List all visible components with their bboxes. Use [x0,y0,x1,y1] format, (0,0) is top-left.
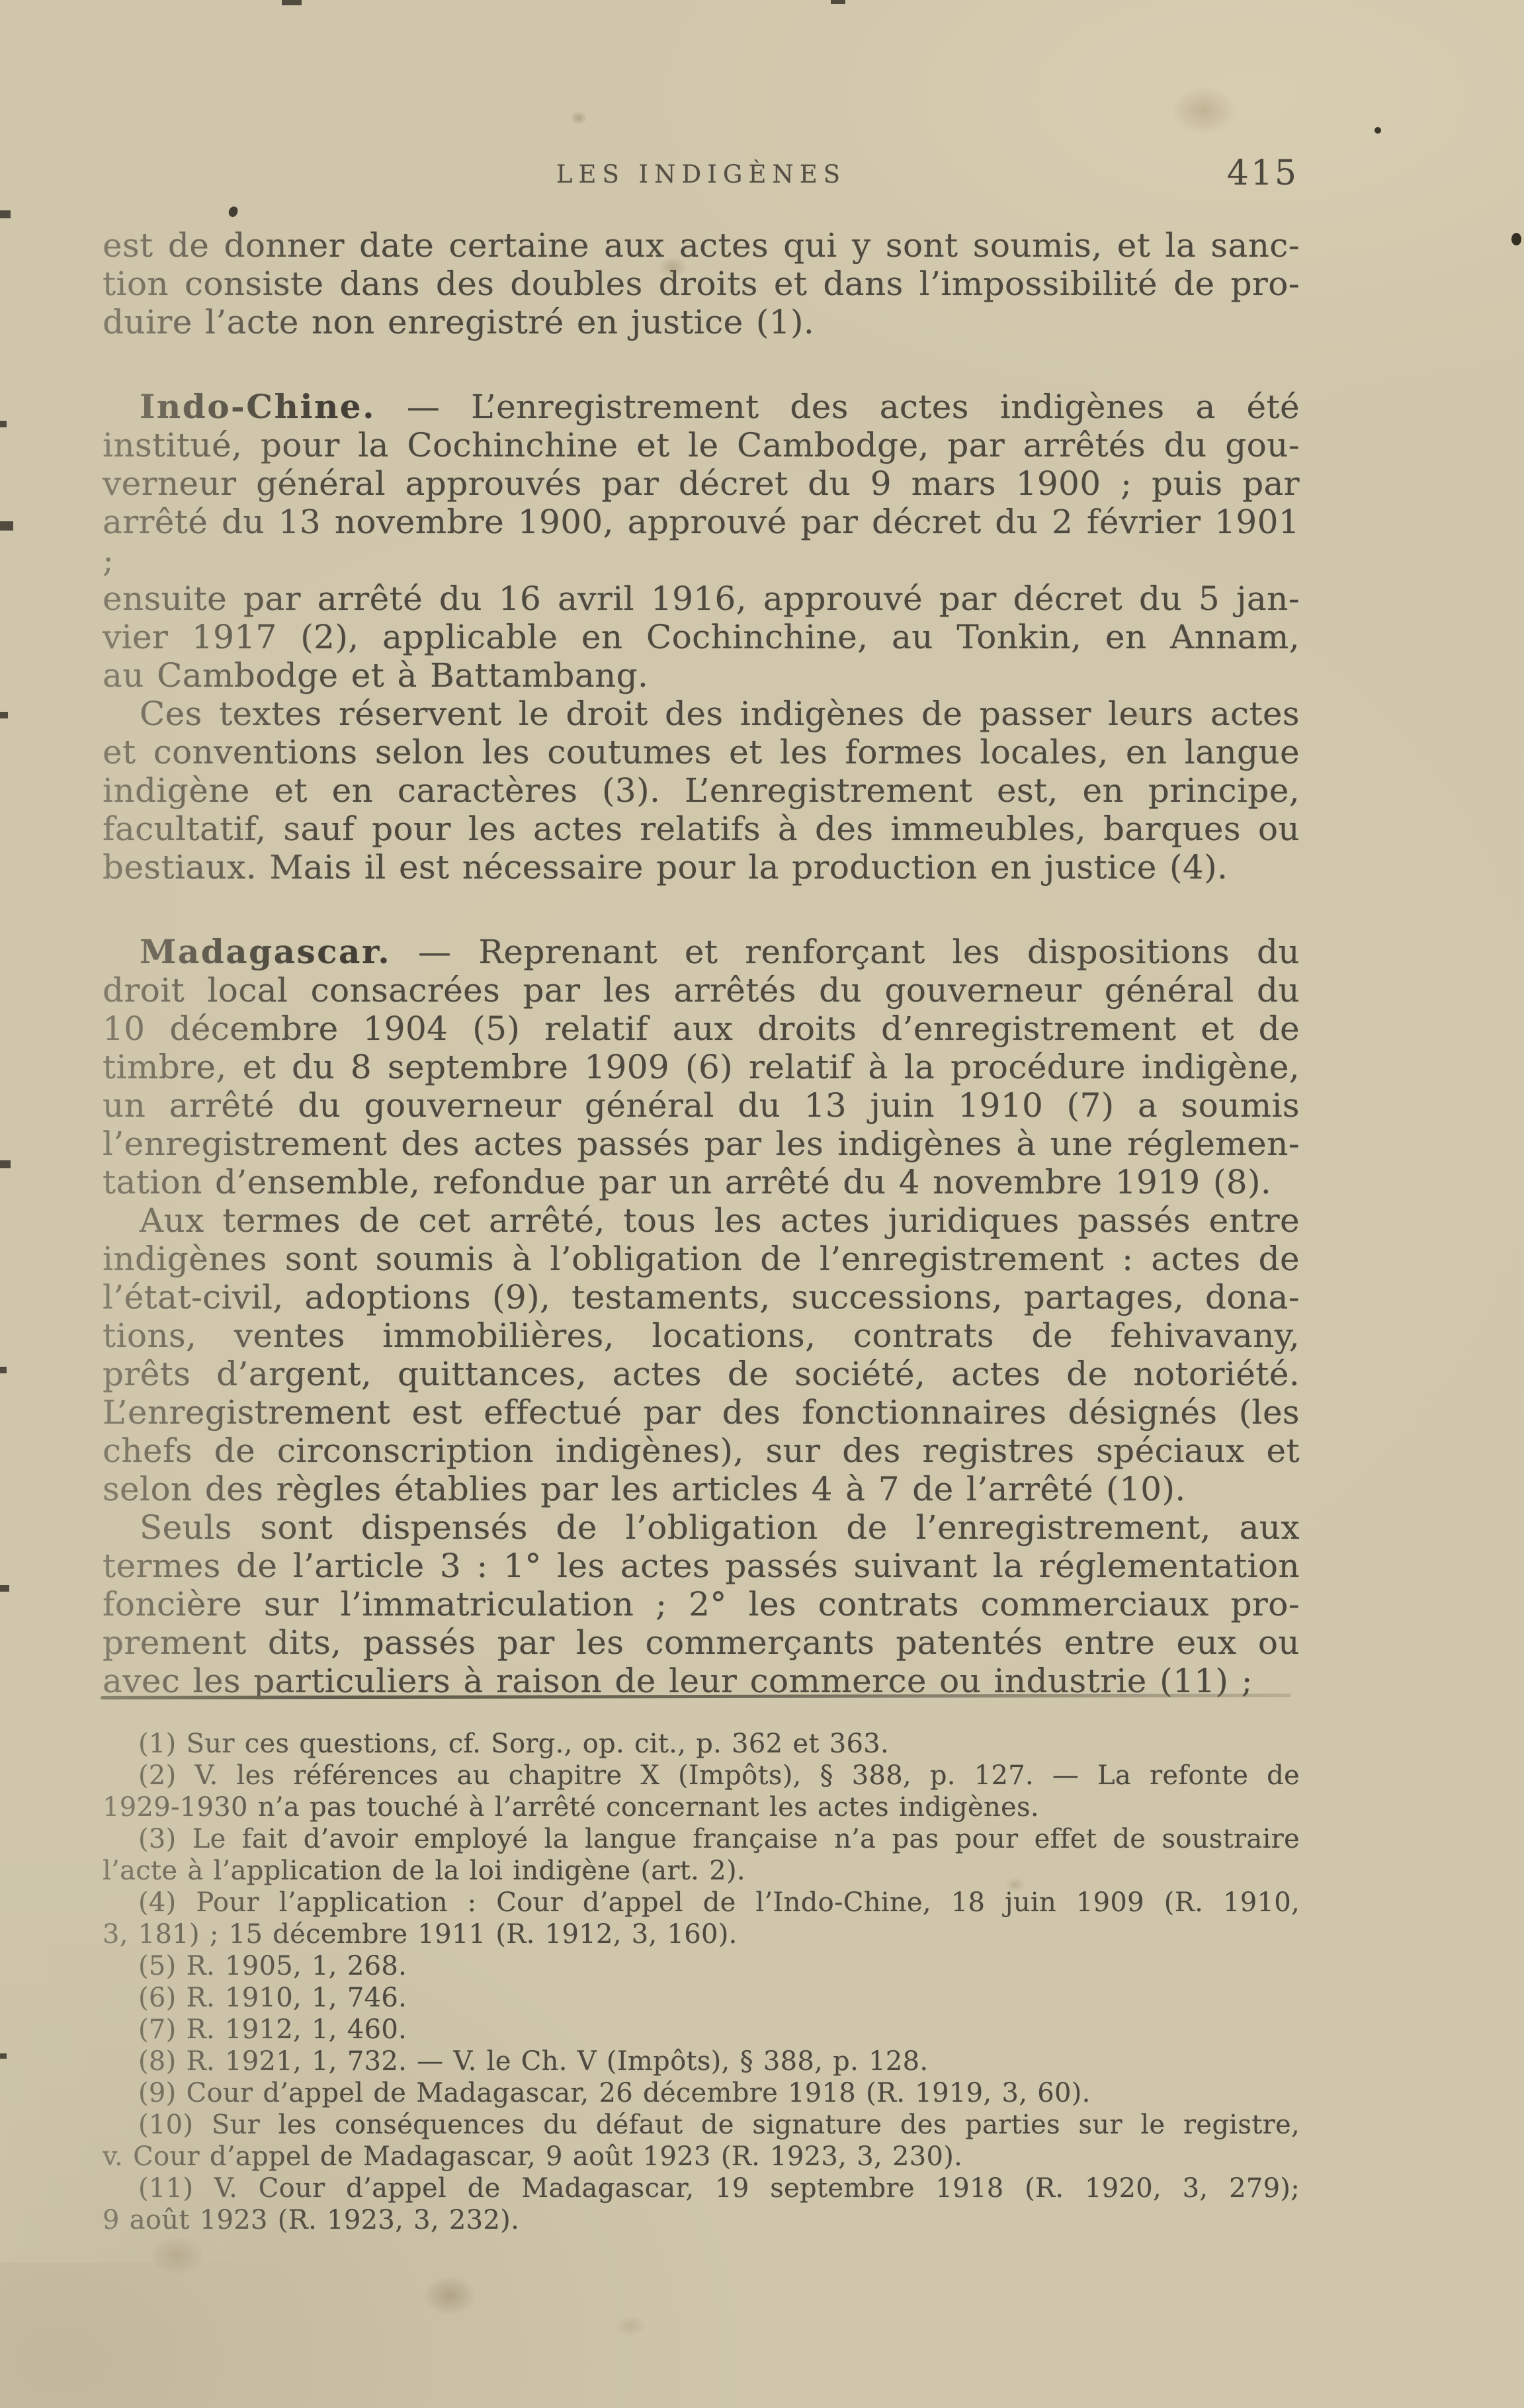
text-line: Seuls sont dispensés de l’obligation de … [103,1508,1300,1547]
text-line: au Cambodge et à Battambang. [103,656,1300,695]
footnote: (7) R. 1912, 1, 460. [103,2014,1300,2045]
text-line: institué, pour la Cochinchine et le Camb… [103,426,1300,464]
text-line: L’enregistrement est effectué par des fo… [103,1393,1300,1432]
scan-edge-mark [0,421,7,427]
ink-speck [1511,233,1521,245]
section-heading: Madagascar. [140,932,391,971]
text-line: (3) Le fait d’avoir employé la langue fr… [103,1823,1300,1855]
paper-stain [1171,86,1237,135]
text-line: et conventions selon les coutumes et les… [103,733,1300,771]
footnote: (4) Pour l’application : Cour d’appel de… [103,1887,1300,1950]
text-line: (4) Pour l’application : Cour d’appel de… [103,1887,1300,1918]
running-title: LES INDIGÈNES [103,160,1300,189]
text-line: tions, ventes immobilières, locations, c… [103,1316,1300,1355]
scan-edge-mark [0,1160,11,1168]
footnote: (9) Cour d’appel de Madagascar, 26 décem… [103,2077,1300,2109]
section-heading: Indo-Chine. [140,387,376,426]
text-line: duire l’acte non enregistré en justice (… [103,303,1300,341]
text-line: (2) V. les références au chapitre X (Imp… [103,1760,1300,1791]
text-line: droit local consacrées par les arrêtés d… [103,971,1300,1010]
footnote: (11) V. Cour d’appel de Madagascar, 19 s… [103,2172,1300,2236]
text-line: un arrêté du gouverneur général du 13 ju… [103,1086,1300,1125]
text-line: 1929-1930 n’a pas touché à l’arrêté conc… [103,1791,1300,1823]
text-line: (6) R. 1910, 1, 746. [103,1982,1300,2014]
scan-edge-mark [0,712,8,718]
text-line: Madagascar. — Reprenant et renforçant le… [103,933,1300,971]
text-line: (8) R. 1921, 1, 732. — V. le Ch. V (Impô… [103,2045,1300,2077]
text-line: (7) R. 1912, 1, 460. [103,2014,1300,2045]
text-line: (9) Cour d’appel de Madagascar, 26 décem… [103,2077,1300,2109]
text-line: Indo-Chine. — L’enregistrement des actes… [103,388,1300,426]
book-page: LES INDIGÈNES 415 est de donner date cer… [0,0,1524,2408]
ink-speck [1375,127,1381,134]
text-line: tion consiste dans des doubles droits et… [103,265,1300,303]
text-line: v. Cour d’appel de Madagascar, 9 août 19… [103,2141,1300,2172]
text-line: vier 1917 (2), applicable en Cochinchine… [103,618,1300,656]
scan-edge-mark [831,0,845,4]
text-line: l’enregistrement des actes passés par le… [103,1125,1300,1163]
paper-stain [149,2236,204,2274]
text-line: prement dits, passés par les commerçants… [103,1623,1300,1662]
scan-edge-mark [0,1367,7,1373]
text-line: (1) Sur ces questions, cf. Sorg., op. ci… [103,1728,1300,1760]
text-line: bestiaux. Mais il est nécessaire pour la… [103,848,1300,886]
text-line: foncière sur l’immatriculation ; 2° les … [103,1585,1300,1623]
page-header: LES INDIGÈNES 415 [103,160,1300,189]
paragraph: Seuls sont dispensés de l’obligation de … [103,1508,1300,1700]
paper-stain [570,111,587,124]
footnote: (8) R. 1921, 1, 732. — V. le Ch. V (Impô… [103,2045,1300,2077]
paragraph: Ces textes réservent le droit des indigè… [103,695,1300,886]
text-line: ensuite par arrêté du 16 avril 1916, app… [103,580,1300,618]
scan-edge-mark [0,2053,7,2059]
body-text: est de donner date certaine aux actes qu… [103,226,1300,1700]
text-line: prêts d’argent, quittances, actes de soc… [103,1355,1300,1393]
paragraph: Indo-Chine. — L’enregistrement des actes… [103,388,1300,695]
text-line: selon des règles établies par les articl… [103,1470,1300,1508]
text-line: 9 août 1923 (R. 1923, 3, 232). [103,2204,1300,2236]
ink-speck [228,205,239,218]
text-line: Ces textes réservent le droit des indigè… [103,695,1300,733]
page-number: 415 [1227,153,1298,193]
text-line: indigènes sont soumis à l’obligation de … [103,1240,1300,1278]
scan-edge-mark [0,210,11,218]
footnote: (3) Le fait d’avoir employé la langue fr… [103,1823,1300,1887]
scan-edge-mark [0,1585,9,1592]
text-line: l’état-civil, adoptions (9), testaments,… [103,1278,1300,1316]
text-line: arrêté du 13 novembre 1900, approuvé par… [103,503,1300,580]
footnote: (10) Sur les conséquences du défaut de s… [103,2109,1300,2172]
text-line: Aux termes de cet arrêté, tous les actes… [103,1201,1300,1240]
text-line: facultatif, sauf pour les actes relatifs… [103,810,1300,848]
text-line: tation d’ensemble, refondue par un arrêt… [103,1163,1300,1201]
footnote: (1) Sur ces questions, cf. Sorg., op. ci… [103,1728,1300,1760]
text-line: timbre, et du 8 septembre 1909 (6) relat… [103,1048,1300,1086]
paper-stain [615,2315,646,2337]
text-line: 3, 181) ; 15 décembre 1911 (R. 1912, 3, … [103,1918,1300,1950]
footnote: (5) R. 1905, 1, 268. [103,1950,1300,1982]
text-line: l’acte à l’application de la loi indigèn… [103,1855,1300,1887]
text-line: est de donner date certaine aux actes qu… [103,226,1300,265]
text-line: verneur général approuvés par décret du … [103,464,1300,503]
scan-edge-mark [0,521,13,531]
text-line: indigène et en caractères (3). L’enregis… [103,771,1300,810]
paragraph: est de donner date certaine aux actes qu… [103,226,1300,341]
footnote: (2) V. les références au chapitre X (Imp… [103,1760,1300,1823]
paper-stain [423,2276,476,2315]
text-line: termes de l’article 3 : 1° les actes pas… [103,1547,1300,1585]
text-line: (10) Sur les conséquences du défaut de s… [103,2109,1300,2141]
text-line: (11) V. Cour d’appel de Madagascar, 19 s… [103,2172,1300,2204]
footnotes: (1) Sur ces questions, cf. Sorg., op. ci… [103,1728,1300,2236]
text-line: chefs de circonscription indigènes), sur… [103,1432,1300,1470]
text-line: 10 décembre 1904 (5) relatif aux droits … [103,1010,1300,1048]
paragraph: Madagascar. — Reprenant et renforçant le… [103,933,1300,1201]
scan-edge-mark [282,0,302,5]
footnote: (6) R. 1910, 1, 746. [103,1982,1300,2014]
paragraph: Aux termes de cet arrêté, tous les actes… [103,1201,1300,1508]
text-line: (5) R. 1905, 1, 268. [103,1950,1300,1982]
